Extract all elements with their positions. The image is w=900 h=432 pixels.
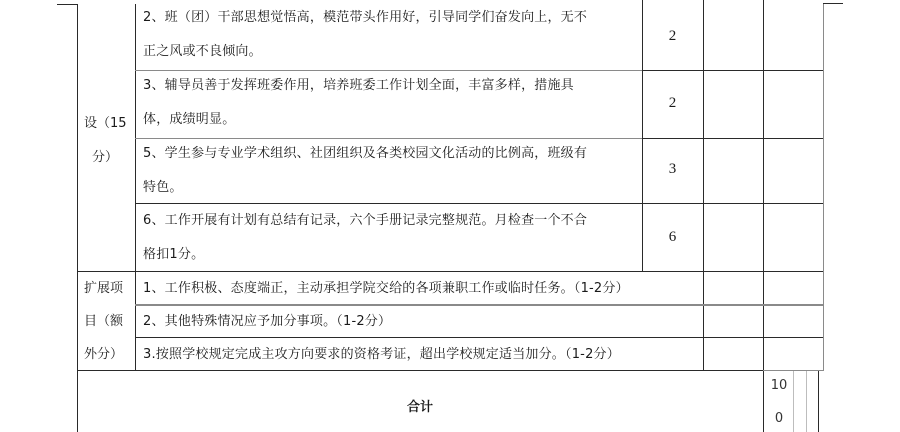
category-line: 设（15 [84,112,127,146]
criteria-item: 3、辅导员善于发挥班委作用，培养班委工作计划全面，丰富多样，措施具 体，成绩明显… [143,69,574,137]
category-line: 分） [84,146,127,165]
top-right-stub [823,3,843,4]
right-border [823,4,824,371]
row-sep-2b [642,138,823,139]
row-sep-1b [642,70,823,71]
left-border [77,4,78,432]
extension-item: 2、其他特殊情况应予加分事项。（1-2分） [143,305,391,338]
category-line: 扩展项 [84,272,123,305]
criteria-item: 5、学生参与专业学术组织、社团组织及各类校园文化活动的比例高，班级有 特色。 [143,137,587,205]
col-sep-extra2 [763,0,764,432]
section-category-extension: 扩展项 目（额 外分） [84,272,123,371]
score-value: 6 [642,229,703,246]
category-line: 目（额 [84,305,123,338]
section-category-base: 设（15 分） [84,112,127,165]
col-sep-extra1 [703,0,704,371]
category-line: 外分） [84,338,123,371]
total-col-sep-c [818,371,819,432]
top-left-stub [57,4,77,5]
score-value: 2 [642,28,703,45]
total-col-sep-b [806,371,807,432]
total-value: 10 0 [764,378,794,426]
total-label: 合计 [407,396,433,415]
criteria-item: 2、班（团）干部思想觉悟高，模范带头作用好，引导同学们奋发向上，无不 正之风或不… [143,1,587,69]
col-sep-category [135,4,136,371]
score-value: 3 [642,161,703,178]
extension-item: 3.按照学校规定完成主攻方向要求的资格考证，超出学校规定适当加分。（1-2分） [143,338,620,371]
score-value: 2 [642,95,703,112]
criteria-item: 6、工作开展有计划有总结有记录，六个手册记录完整规范。月检查一个不合 格扣1分。 [143,204,587,272]
extension-item: 1、工作积极、态度端正，主动承担学院交给的各项兼职工作或临时任务。（1-2分） [143,272,629,305]
